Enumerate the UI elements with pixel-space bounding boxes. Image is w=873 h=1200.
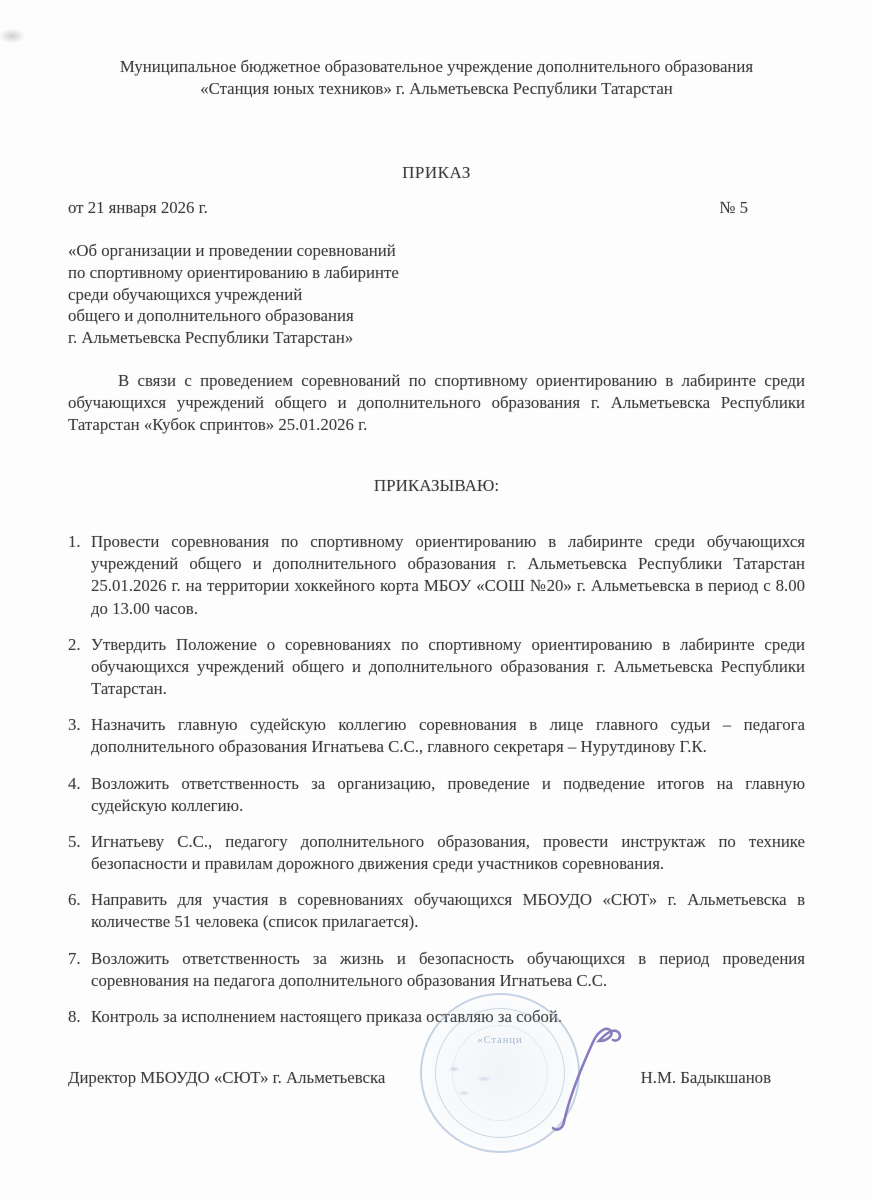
order-item: 5. Игнатьеву С.С., педагогу дополнительн…: [68, 831, 805, 875]
signer-name: Н.М. Бадыкшанов: [641, 1068, 771, 1088]
item-text: Возложить ответственность за организацию…: [91, 773, 805, 817]
item-number: 4.: [68, 773, 91, 817]
item-number: 7.: [68, 948, 91, 992]
item-text: Провести соревнования по спортивному ори…: [91, 531, 805, 620]
scanned-order-document: Муниципальное бюджетное образовательное …: [0, 0, 873, 1200]
document-subject: «Об организации и проведении соревновани…: [68, 240, 488, 349]
preamble-paragraph: В связи с проведением соревнований по сп…: [68, 370, 805, 437]
subject-line: по спортивному ориентированию в лабиринт…: [68, 262, 488, 284]
organization-name-line2: «Станция юных техников» г. Альметьевска …: [68, 78, 805, 100]
item-text: Возложить ответственность за жизнь и без…: [91, 948, 805, 992]
subject-line: г. Альметьевска Республики Татарстан»: [68, 327, 488, 349]
document-title: ПРИКАЗ: [68, 163, 805, 183]
order-item: 4. Возложить ответственность за организа…: [68, 773, 805, 817]
document-number: № 5: [719, 198, 748, 218]
signer-position: Директор МБОУДО «СЮТ» г. Альметьевска: [68, 1068, 385, 1088]
item-number: 8.: [68, 1006, 91, 1028]
item-text: Назначить главную судейскую коллегию сор…: [91, 714, 805, 758]
subject-line: «Об организации и проведении соревновани…: [68, 240, 488, 262]
signature-row: Директор МБОУДО «СЮТ» г. Альметьевска Н.…: [68, 1068, 805, 1088]
item-text: Направить для участия в соревнованиях об…: [91, 889, 805, 933]
order-items-list: 1. Провести соревнования по спортивному …: [68, 531, 805, 1042]
order-item: 1. Провести соревнования по спортивному …: [68, 531, 805, 620]
item-text: Игнатьеву С.С., педагогу дополнительного…: [91, 831, 805, 875]
order-item: 6. Направить для участия в соревнованиях…: [68, 889, 805, 933]
order-heading: ПРИКАЗЫВАЮ:: [68, 476, 805, 496]
scan-artifact-smudge: [0, 22, 46, 62]
item-number: 6.: [68, 889, 91, 933]
organization-header: Муниципальное бюджетное образовательное …: [68, 56, 805, 100]
subject-line: общего и дополнительного образования: [68, 305, 488, 327]
organization-name-line1: Муниципальное бюджетное образовательное …: [68, 56, 805, 78]
order-item: 2. Утвердить Положение о соревнованиях п…: [68, 634, 805, 701]
item-number: 3.: [68, 714, 91, 758]
item-number: 2.: [68, 634, 91, 701]
order-item: 7. Возложить ответственность за жизнь и …: [68, 948, 805, 992]
subject-line: среди обучающихся учреждений: [68, 284, 488, 306]
item-number: 5.: [68, 831, 91, 875]
item-number: 1.: [68, 531, 91, 620]
order-item: 3. Назначить главную судейскую коллегию …: [68, 714, 805, 758]
document-date: от 21 января 2026 г.: [68, 198, 208, 218]
item-text: Утвердить Положение о соревнованиях по с…: [91, 634, 805, 701]
date-and-number-row: от 21 января 2026 г. № 5: [68, 198, 805, 218]
